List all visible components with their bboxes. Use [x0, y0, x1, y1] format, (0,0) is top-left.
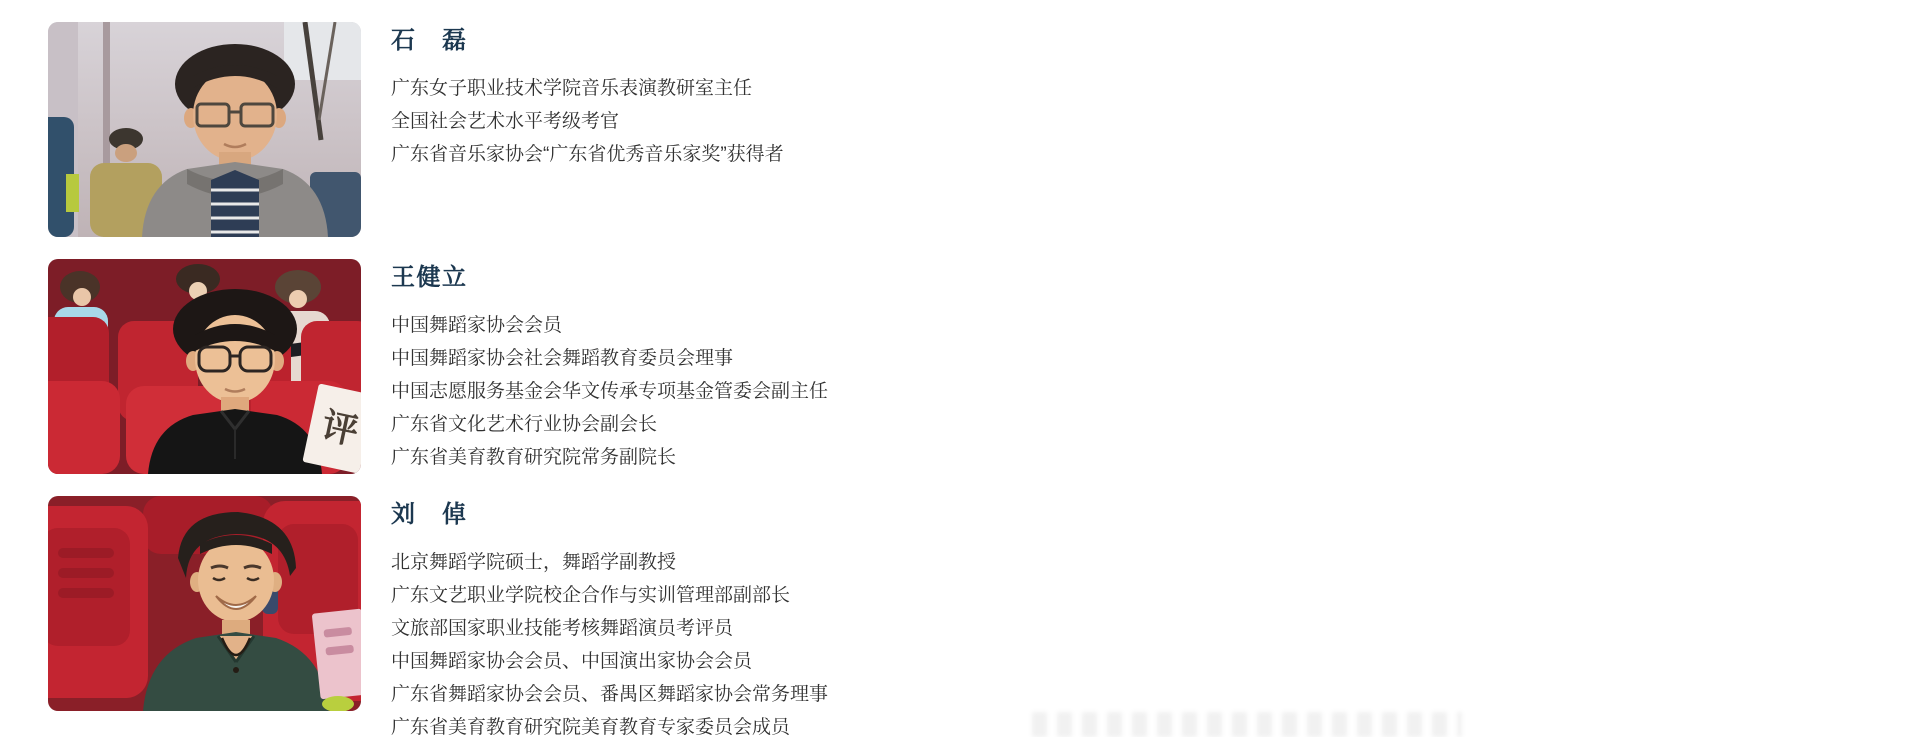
profile-name: 刘 倬	[391, 501, 828, 529]
photo-illustration-man-black-polo-theater: 评	[48, 259, 361, 474]
credential-line: 文旅部国家职业技能考核舞蹈演员考评员	[391, 612, 828, 645]
profile-info-1: 石 磊 广东女子职业技术学院音乐表演教研室主任全国社会艺术水平考级考官广东省音乐…	[391, 22, 784, 171]
profile-card-1: 石 磊 广东女子职业技术学院音乐表演教研室主任全国社会艺术水平考级考官广东省音乐…	[48, 22, 1920, 237]
credential-line: 广东省舞蹈家协会会员、番禺区舞蹈家协会常务理事	[391, 678, 828, 711]
credential-line: 中国舞蹈家协会社会舞蹈教育委员会理事	[391, 342, 828, 375]
faint-cutoff-text	[1032, 712, 1462, 737]
credential-line: 广东省音乐家协会“广东省优秀音乐家奖”获得者	[391, 138, 784, 171]
credential-line: 广东女子职业技术学院音乐表演教研室主任	[391, 72, 784, 105]
credential-line: 广东省美育教育研究院美育教育专家委员会成员	[391, 711, 828, 737]
photo-illustration-man-gray-hoodie	[48, 22, 361, 237]
profile-info-2: 王健立 中国舞蹈家协会会员中国舞蹈家协会社会舞蹈教育委员会理事中国志愿服务基金会…	[391, 259, 828, 474]
profile-name: 王健立	[391, 264, 828, 292]
credential-line: 广东文艺职业学院校企合作与实训管理部副部长	[391, 579, 828, 612]
evaluator-sign-text: 评	[318, 405, 361, 453]
profile-photo-2: 评	[48, 259, 361, 474]
credential-list: 广东女子职业技术学院音乐表演教研室主任全国社会艺术水平考级考官广东省音乐家协会“…	[391, 72, 784, 171]
credential-list: 中国舞蹈家协会会员中国舞蹈家协会社会舞蹈教育委员会理事中国志愿服务基金会华文传承…	[391, 309, 828, 474]
profile-photo-3	[48, 496, 361, 711]
profile-info-3: 刘 倬 北京舞蹈学院硕士，舞蹈学副教授广东文艺职业学院校企合作与实训管理部副部长…	[391, 496, 828, 737]
credential-line: 广东省美育教育研究院常务副院长	[391, 441, 828, 474]
profile-card-3: 刘 倬 北京舞蹈学院硕士，舞蹈学副教授广东文艺职业学院校企合作与实训管理部副部长…	[48, 496, 1920, 737]
credential-line: 中国舞蹈家协会会员、中国演出家协会会员	[391, 645, 828, 678]
credential-line: 中国志愿服务基金会华文传承专项基金管委会副主任	[391, 375, 828, 408]
credential-list: 北京舞蹈学院硕士，舞蹈学副教授广东文艺职业学院校企合作与实训管理部副部长文旅部国…	[391, 546, 828, 737]
credential-line: 北京舞蹈学院硕士，舞蹈学副教授	[391, 546, 828, 579]
credential-line: 广东省文化艺术行业协会副会长	[391, 408, 828, 441]
profile-photo-1	[48, 22, 361, 237]
photo-illustration-smiling-man-theater	[48, 496, 361, 711]
judges-profile-list: 石 磊 广东女子职业技术学院音乐表演教研室主任全国社会艺术水平考级考官广东省音乐…	[0, 0, 1920, 737]
profile-name: 石 磊	[391, 27, 784, 55]
credential-line: 中国舞蹈家协会会员	[391, 309, 828, 342]
profile-card-2: 评 王健立 中国舞蹈家协会会员中国舞蹈家协会社会舞蹈教育委员会理事中国志愿服务基…	[48, 259, 1920, 474]
credential-line: 全国社会艺术水平考级考官	[391, 105, 784, 138]
